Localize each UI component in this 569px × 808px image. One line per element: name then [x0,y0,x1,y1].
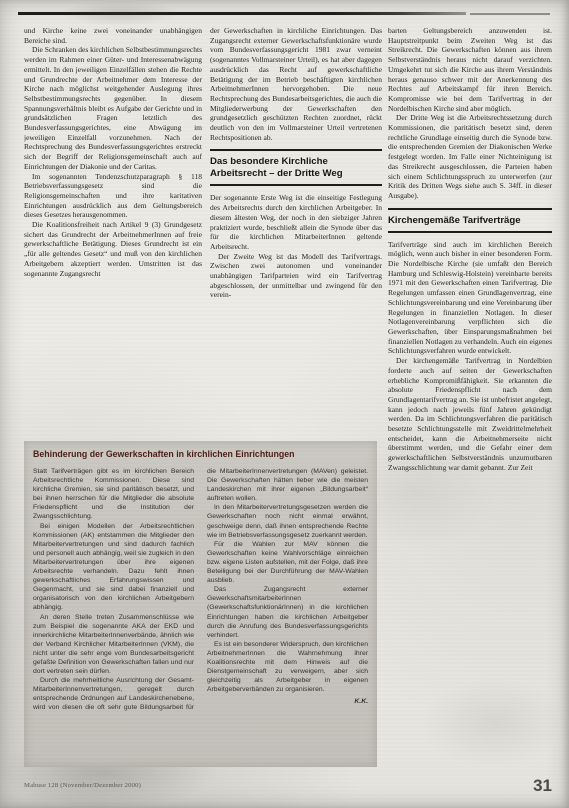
text-column-right: barten Geltungsbereich anzuwenden ist. H… [388,26,552,732]
paragraph: An deren Stelle treten Zusammenschlüsse … [33,613,194,677]
paragraph: Im sogenannten Tendenzschutzparagraph § … [24,172,202,221]
paragraph: In den Mitarbeitervertretungsgesetzen we… [207,503,368,539]
paragraph: Der Zweite Weg ist das Modell des Tarifv… [210,252,382,301]
paragraph: Der Dritte Weg ist die Arbeitsrechtssetz… [388,113,552,200]
paragraph: Die Schranken des kirchlichen Selbstbest… [24,45,202,171]
paragraph: Statt Tarifverträgen gibt es im kirchlic… [33,467,194,522]
scanned-journal-page: und Kirche keine zwei voneinander unabhä… [0,0,569,808]
paragraph: der Gewerkschaften in kirchliche Einrich… [210,26,382,142]
section-heading-dritte-weg: Das besondere Kirchliche Arbeitsrecht – … [210,149,382,186]
paragraph: Die Koalitionsfreiheit nach Artikel 9 (3… [24,220,202,278]
paragraph: Der sogenannte Erste Weg ist die einseit… [210,193,382,251]
paragraph: Bei einigen Modellen der Arbeitsrechtlic… [33,522,194,613]
text-column-left: und Kirche keine zwei voneinander unabhä… [24,26,202,418]
paragraph: barten Geltungsbereich anzuwenden ist. H… [388,26,552,113]
author-initials: K.K. [207,697,368,706]
paragraph: Es ist ein besonderer Widerspruch, den k… [207,640,368,695]
column-text-bottom: Der sogenannte Erste Weg ist die einseit… [210,193,382,300]
column-text-top: der Gewerkschaften in kirchliche Einrich… [210,26,382,142]
column-text-bottom: Tarifverträge sind auch im kirchlichen B… [388,240,552,473]
paragraph: Der kirchengemäße Tarifvertrag in Nordel… [388,356,552,472]
paragraph: und Kirche keine zwei voneinander unabhä… [24,26,202,45]
scan-edge-line [470,13,550,15]
infobox-body: Statt Tarifverträgen gibt es im kirchlic… [33,467,368,713]
paragraph: Das Zugangsrecht externer Gewerkschaftsm… [207,585,368,640]
section-heading-tarifvertraege: Kirchengemäße Tarifverträge [388,208,552,233]
sidebar-infobox: Behinderung der Gewerkschaften in kirchl… [24,441,377,767]
scan-edge-line [18,12,466,15]
infobox-title: Behinderung der Gewerkschaften in kirchl… [33,449,368,460]
paragraph: Tarifverträge sind auch im kirchlichen B… [388,240,552,356]
paragraph: Für die Wahlen zur MAV können die Gewerk… [207,540,368,585]
text-column-middle: der Gewerkschaften in kirchliche Einrich… [210,26,382,438]
page-number: 31 [533,776,552,796]
journal-issue-footer: Mabuse 128 (November/Dezember 2000) [24,782,141,789]
column-text-top: barten Geltungsbereich anzuwenden ist. H… [388,26,552,201]
